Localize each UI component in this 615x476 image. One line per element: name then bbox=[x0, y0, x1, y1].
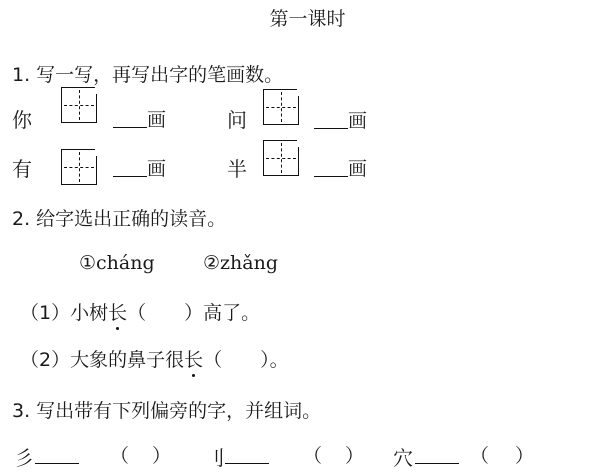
page-title: 第一课时 bbox=[0, 4, 615, 31]
q2-s2-blank[interactable]: （ ） bbox=[203, 349, 270, 371]
q1-char-wen: 问 bbox=[227, 104, 247, 133]
q3-radical-dao: 刂 bbox=[205, 442, 225, 471]
q1-unit-wen: 画 bbox=[348, 106, 367, 133]
q2-s2-suffix: 。 bbox=[270, 349, 289, 371]
q1-unit-ni: 画 bbox=[147, 105, 166, 132]
q2-s2-prefix: （2）大象的鼻子很 bbox=[20, 349, 184, 371]
q3-paren-open-2: （ bbox=[303, 441, 322, 468]
q3-paren-open-3: （ bbox=[470, 441, 489, 468]
q1-prompt: 1. 写一写，再写出字的笔画数。 bbox=[12, 60, 283, 87]
stroke-count-blank-ni[interactable] bbox=[113, 113, 147, 127]
q1-char-ni: 你 bbox=[12, 104, 32, 133]
q2-sentence-2: （2）大象的鼻子很长（ ）。 bbox=[20, 345, 289, 372]
q2-option-chang: ①cháng bbox=[79, 252, 155, 274]
q1-unit-ban: 画 bbox=[348, 154, 367, 181]
q3-prompt: 3. 写出带有下列偏旁的字，并组词。 bbox=[12, 396, 321, 423]
writing-grid-box-ni[interactable] bbox=[61, 87, 97, 123]
stroke-count-blank-you[interactable] bbox=[113, 162, 147, 176]
q1-char-ban: 半 bbox=[227, 153, 247, 182]
q2-s1-target: 长 bbox=[108, 298, 127, 325]
q3-paren-close-2: ） bbox=[345, 441, 364, 468]
q3-char-blank-1[interactable] bbox=[35, 449, 79, 463]
stroke-count-blank-wen[interactable] bbox=[314, 114, 348, 128]
q2-prompt: 2. 给字选出正确的读音。 bbox=[12, 204, 226, 231]
q3-char-blank-2[interactable] bbox=[225, 449, 269, 463]
q2-s2-target: 长 bbox=[184, 345, 203, 372]
q1-unit-you: 画 bbox=[147, 154, 166, 181]
stroke-count-blank-ban[interactable] bbox=[314, 162, 348, 176]
q3-radical-shan: 彡 bbox=[14, 442, 34, 471]
q3-paren-close-3: ） bbox=[515, 441, 534, 468]
q3-char-blank-3[interactable] bbox=[415, 449, 459, 463]
q2-s1-prefix: （1）小树 bbox=[20, 302, 108, 324]
writing-grid-box-you[interactable] bbox=[61, 149, 97, 185]
writing-grid-box-ban[interactable] bbox=[263, 140, 299, 176]
q2-sentence-1: （1）小树长（ ）高了。 bbox=[20, 298, 260, 325]
q2-s1-suffix: 高了。 bbox=[203, 302, 260, 324]
q2-s1-blank[interactable]: （ ） bbox=[127, 302, 203, 324]
q3-radical-xue: 穴 bbox=[393, 442, 413, 471]
writing-grid-box-wen[interactable] bbox=[263, 89, 299, 125]
q3-paren-close-1: ） bbox=[152, 441, 171, 468]
q3-word-blank-3[interactable] bbox=[492, 441, 516, 461]
q2-option-zhang: ②zhǎng bbox=[203, 252, 278, 274]
q1-char-you: 有 bbox=[12, 153, 32, 182]
q3-paren-open-1: （ bbox=[110, 441, 129, 468]
